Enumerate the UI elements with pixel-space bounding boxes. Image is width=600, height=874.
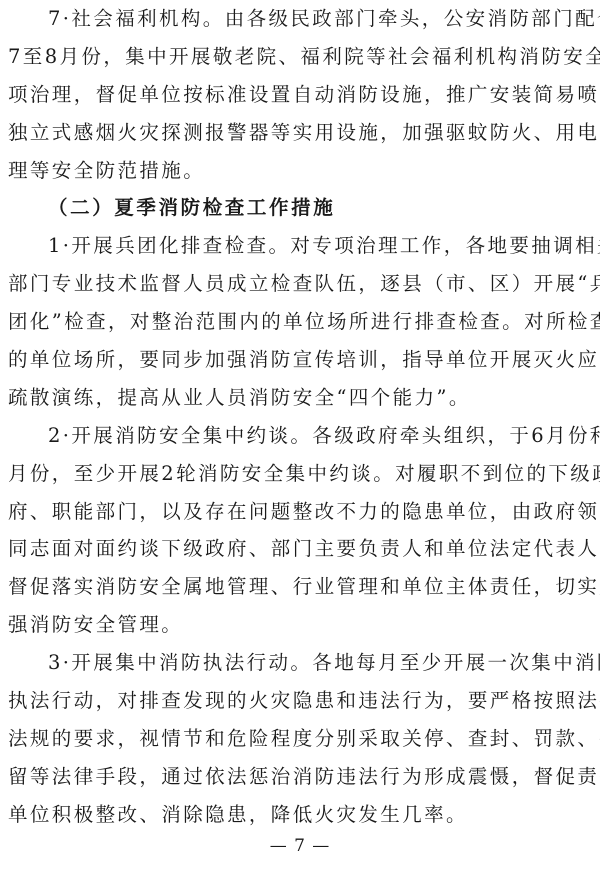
text-line: 的单位场所，要同步加强消防宣传培训，指导单位开展灭火应急 [8, 341, 592, 379]
text-line: 独立式感烟火灾探测报警器等实用设施，加强驱蚊防火、用电管 [8, 114, 592, 152]
text-line: 督促落实消防安全属地管理、行业管理和单位主体责任，切实加 [8, 568, 592, 606]
page-number: — 7 — [0, 836, 600, 856]
text-line: 7至8月份，集中开展敬老院、福利院等社会福利机构消防安全专 [8, 38, 592, 76]
text-line: 强消防安全管理。 [8, 606, 592, 644]
text-line: 单位积极整改、消除隐患，降低火灾发生几率。 [8, 796, 592, 834]
text-line: 项治理，督促单位按标准设置自动消防设施，推广安装简易喷淋、 [8, 76, 592, 114]
paragraph-safety-interviews: 2·开展消防安全集中约谈。各级政府牵头组织，于6月份和8 月份，至少开展2轮消防… [8, 417, 592, 644]
document-body: 7·社会福利机构。由各级民政部门牵头，公安消防部门配合， 7至8月份，集中开展敬… [8, 0, 592, 834]
text-line: 府、职能部门，以及存在问题整改不力的隐患单位，由政府领导 [8, 493, 592, 531]
text-line: 团化”检查，对整治范围内的单位场所进行排查检查。对所检查 [8, 303, 592, 341]
section-heading: （二）夏季消防检查工作措施 [8, 189, 592, 227]
text-line: 理等安全防范措施。 [8, 152, 592, 190]
text-line: 同志面对面约谈下级政府、部门主要负责人和单位法定代表人， [8, 530, 592, 568]
document-page: 7·社会福利机构。由各级民政部门牵头，公安消防部门配合， 7至8月份，集中开展敬… [0, 0, 600, 874]
text-line: 留等法律手段，通过依法惩治消防违法行为形成震慑，督促责任 [8, 758, 592, 796]
paragraph-corps-inspection: 1·开展兵团化排查检查。对专项治理工作，各地要抽调相关 部门专业技术监督人员成立… [8, 227, 592, 416]
text-line: 7·社会福利机构。由各级民政部门牵头，公安消防部门配合， [8, 0, 592, 38]
text-line: 1·开展兵团化排查检查。对专项治理工作，各地要抽调相关 [8, 227, 592, 265]
text-line: 3·开展集中消防执法行动。各地每月至少开展一次集中消防 [8, 644, 592, 682]
text-line: 疏散演练，提高从业人员消防安全“四个能力”。 [8, 379, 592, 417]
text-line: 执法行动，对排查发现的火灾隐患和违法行为，要严格按照法律 [8, 682, 592, 720]
paragraph-law-enforcement: 3·开展集中消防执法行动。各地每月至少开展一次集中消防 执法行动，对排查发现的火… [8, 644, 592, 833]
section-heading-text: （二）夏季消防检查工作措施 [8, 189, 592, 227]
text-line: 2·开展消防安全集中约谈。各级政府牵头组织，于6月份和8 [8, 417, 592, 455]
text-line: 月份，至少开展2轮消防安全集中约谈。对履职不到位的下级政 [8, 455, 592, 493]
text-line: 部门专业技术监督人员成立检查队伍，逐县（市、区）开展“兵 [8, 265, 592, 303]
text-line: 法规的要求，视情节和危险程度分别采取关停、查封、罚款、拘 [8, 720, 592, 758]
paragraph-social-welfare: 7·社会福利机构。由各级民政部门牵头，公安消防部门配合， 7至8月份，集中开展敬… [8, 0, 592, 189]
